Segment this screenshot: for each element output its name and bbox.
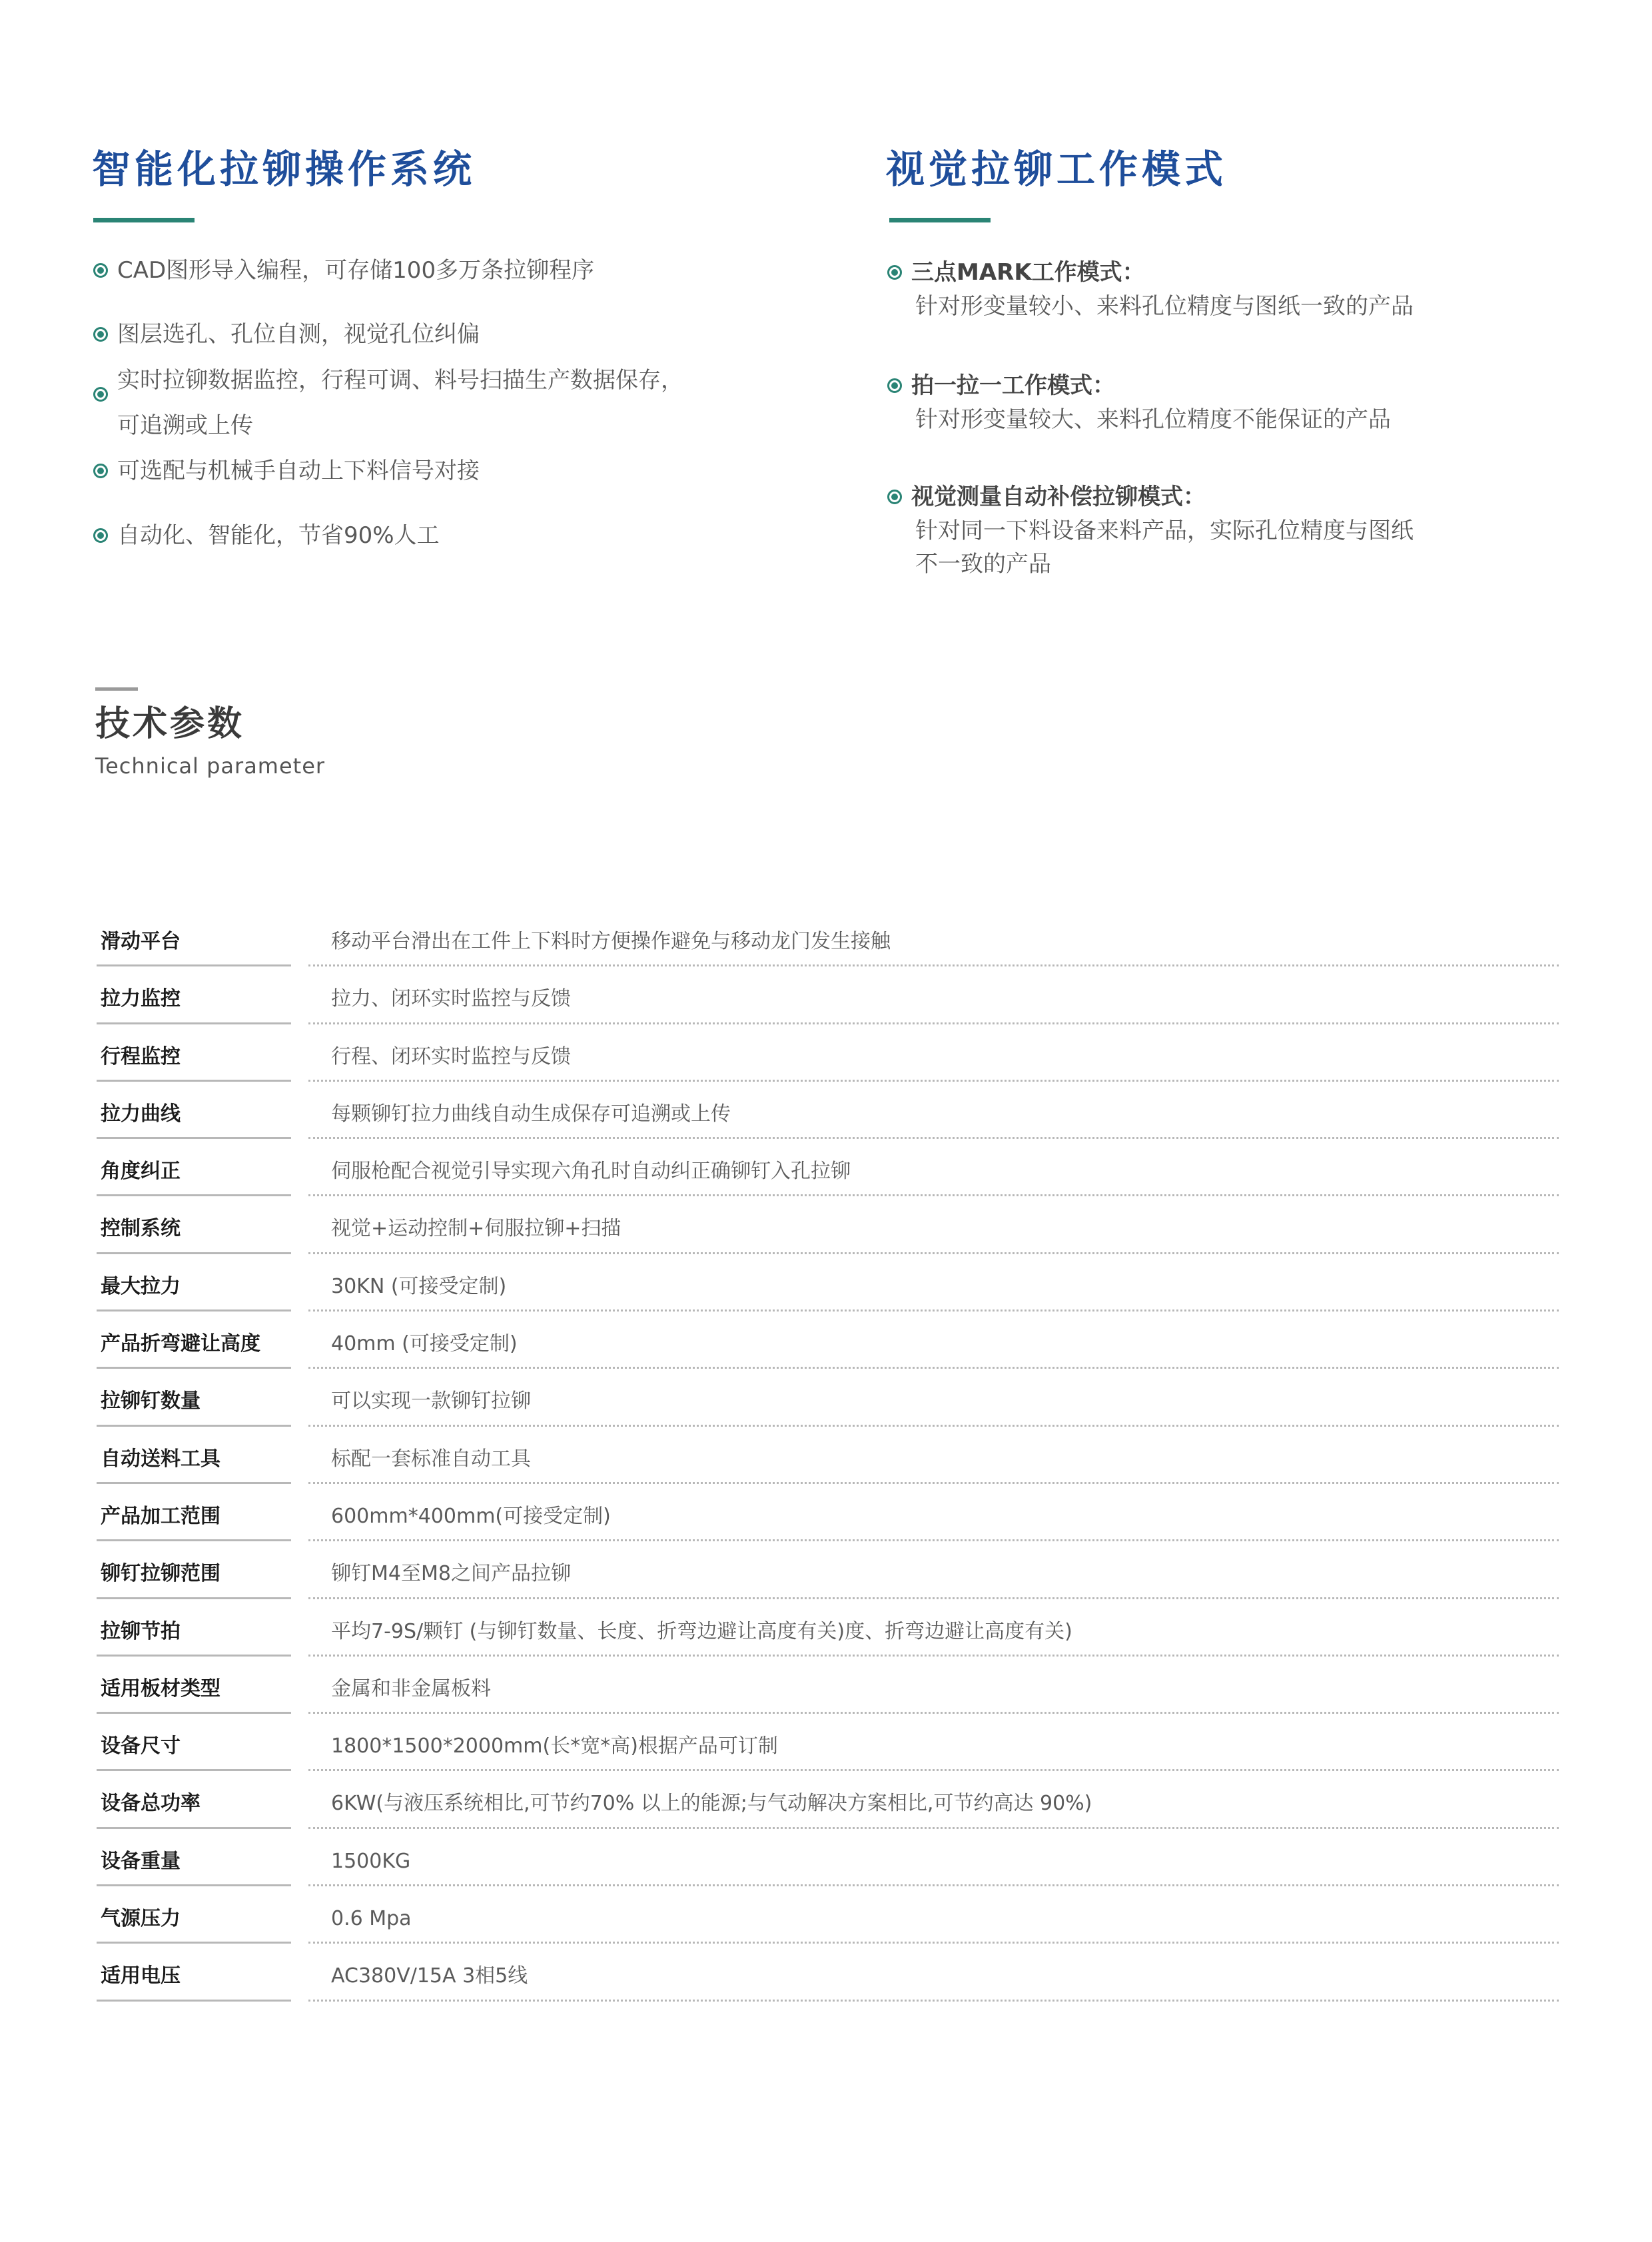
feature-text: 实时拉铆数据监控，行程可调、料号扫描生产数据保存， (117, 358, 683, 403)
mode-description: 针对同一下料设备来料产品，实际孔位精度与图纸 (887, 514, 1553, 548)
param-value: 6KW(与液压系统相比,可节约70% 以上的能源;与气动解决方案相比,可节约高达… (331, 1789, 1092, 1818)
section-title-intelligent-system: 智能化拉铆操作系统 (92, 145, 476, 193)
param-value: 平均7-9S/颗钉 (与铆钉数量、长度、折弯边避让高度有关)度、折弯边避让高度有… (331, 1617, 1072, 1647)
table-row: 设备总功率6KW(与液压系统相比,可节约70% 以上的能源;与气动解决方案相比,… (97, 1774, 1559, 1832)
mode-description-continued: 不一致的产品 (887, 548, 1553, 581)
param-label: 产品加工范围 (101, 1502, 220, 1531)
param-label: 气源压力 (101, 1904, 181, 1934)
label-divider (97, 1080, 291, 1082)
param-label: 设备总功率 (101, 1789, 201, 1818)
param-label: 自动送料工具 (101, 1445, 220, 1474)
feature-bullet: CAD图形导入编程，可存储100多万条拉铆程序 (93, 248, 594, 293)
param-label: 拉力监控 (101, 984, 181, 1014)
value-divider (308, 2000, 1559, 2002)
param-value: 拉力、闭环实时监控与反馈 (331, 984, 571, 1014)
param-value: 每颗铆钉拉力曲线自动生成保存可追溯或上传 (331, 1100, 731, 1129)
value-divider (308, 1425, 1559, 1427)
label-divider (97, 1827, 291, 1829)
label-divider (97, 1769, 291, 1771)
radio-bullet-icon (93, 387, 108, 402)
feature-text: 可选配与机械手自动上下料信号对接 (117, 448, 480, 494)
radio-bullet-icon (93, 263, 108, 278)
param-label: 设备尺寸 (101, 1732, 181, 1761)
table-row: 适用板材类型金属和非金属板料 (97, 1660, 1559, 1717)
param-value: 600mm*400mm(可接受定制) (331, 1502, 611, 1531)
value-divider (308, 1367, 1559, 1369)
feature-bullet: 可选配与机械手自动上下料信号对接 (93, 448, 480, 494)
value-divider (308, 1942, 1559, 1944)
radio-bullet-icon (93, 528, 108, 543)
label-divider (97, 1252, 291, 1254)
radio-bullet-icon (93, 327, 108, 342)
radio-bullet-icon (887, 378, 902, 393)
radio-bullet-icon (93, 464, 108, 478)
param-value: 金属和非金属板料 (331, 1675, 491, 1704)
mode-item: 拍一拉一工作模式： 针对形变量较大、来料孔位精度不能保证的产品 (887, 368, 1553, 436)
value-divider (308, 1539, 1559, 1541)
param-label: 控制系统 (101, 1214, 181, 1244)
table-row: 设备尺寸1800*1500*2000mm(长*宽*高)根据产品可订制 (97, 1717, 1559, 1774)
feature-text: 自动化、智能化，节省90%人工 (117, 513, 440, 558)
param-label: 行程监控 (101, 1042, 181, 1072)
param-label: 设备重量 (101, 1847, 181, 1876)
table-row: 拉铆节拍平均7-9S/颗钉 (与铆钉数量、长度、折弯边避让高度有关)度、折弯边避… (97, 1603, 1559, 1660)
tech-params-subtitle: Technical parameter (95, 751, 325, 781)
param-label: 适用板材类型 (101, 1675, 220, 1704)
param-label: 拉铆钉数量 (101, 1387, 201, 1416)
tech-params-table: 滑动平台移动平台滑出在工件上下料时方便操作避免与移动龙门发生接触 拉力监控拉力、… (97, 913, 1559, 2005)
param-label: 最大拉力 (101, 1272, 181, 1302)
radio-bullet-icon (887, 265, 902, 280)
param-value: 视觉+运动控制+伺服拉铆+扫描 (331, 1214, 621, 1244)
value-divider (308, 1712, 1559, 1714)
value-divider (308, 1022, 1559, 1024)
table-row: 拉力监控拉力、闭环实时监控与反馈 (97, 970, 1559, 1027)
table-row: 滑动平台移动平台滑出在工件上下料时方便操作避免与移动龙门发生接触 (97, 913, 1559, 970)
value-divider (308, 1252, 1559, 1254)
param-value: 0.6 Mpa (331, 1904, 412, 1934)
param-label: 铆钉拉铆范围 (101, 1559, 220, 1589)
table-row: 适用电压AC380V/15A 3相5线 (97, 1947, 1559, 2004)
param-value: 标配一套标准自动工具 (331, 1445, 531, 1474)
table-row: 设备重量1500KG (97, 1832, 1559, 1890)
label-divider (97, 1482, 291, 1484)
param-label: 拉铆节拍 (101, 1617, 181, 1647)
table-row: 产品加工范围600mm*400mm(可接受定制) (97, 1487, 1559, 1545)
param-value: 40mm (可接受定制) (331, 1329, 518, 1359)
label-divider (97, 1712, 291, 1714)
value-divider (308, 1309, 1559, 1311)
feature-text-continued: 可追溯或上传 (117, 403, 683, 448)
table-row: 气源压力0.6 Mpa (97, 1890, 1559, 1947)
param-value: AC380V/15A 3相5线 (331, 1962, 528, 1991)
param-value: 移动平台滑出在工件上下料时方便操作避免与移动龙门发生接触 (331, 927, 891, 956)
value-divider (308, 1884, 1559, 1886)
table-row: 产品折弯避让高度40mm (可接受定制) (97, 1315, 1559, 1372)
table-row: 最大拉力30KN (可接受定制) (97, 1258, 1559, 1315)
label-divider (97, 1425, 291, 1427)
table-row: 拉铆钉数量可以实现一款铆钉拉铆 (97, 1372, 1559, 1429)
mode-title: 拍一拉一工作模式： (911, 368, 1115, 403)
mode-description: 针对形变量较小、来料孔位精度与图纸一致的产品 (887, 290, 1553, 323)
param-value: 30KN (可接受定制) (331, 1272, 506, 1302)
feature-text: 图层选孔、孔位自测，视觉孔位纠偏 (117, 312, 480, 357)
param-label: 适用电压 (101, 1962, 181, 1991)
label-divider (97, 1942, 291, 1944)
param-value: 行程、闭环实时监控与反馈 (331, 1042, 571, 1072)
table-row: 控制系统视觉+运动控制+伺服拉铆+扫描 (97, 1200, 1559, 1257)
feature-bullet: 实时拉铆数据监控，行程可调、料号扫描生产数据保存， 可追溯或上传 (93, 358, 683, 448)
feature-bullet: 图层选孔、孔位自测，视觉孔位纠偏 (93, 312, 480, 357)
label-divider (97, 1137, 291, 1139)
tech-params-title: 技术参数 (95, 701, 244, 747)
section-title-underline (889, 218, 991, 222)
value-divider (308, 1655, 1559, 1657)
mode-title: 视觉测量自动补偿拉铆模式： (911, 480, 1206, 514)
label-divider (97, 1309, 291, 1311)
label-divider (97, 1022, 291, 1024)
param-label: 角度纠正 (101, 1157, 181, 1186)
mode-description: 针对形变量较大、来料孔位精度不能保证的产品 (887, 403, 1553, 436)
value-divider (308, 1597, 1559, 1599)
feature-text: CAD图形导入编程，可存储100多万条拉铆程序 (117, 248, 594, 293)
param-value: 伺服枪配合视觉引导实现六角孔时自动纠正确铆钉入孔拉铆 (331, 1157, 851, 1186)
mode-item: 视觉测量自动补偿拉铆模式： 针对同一下料设备来料产品，实际孔位精度与图纸 不一致… (887, 480, 1553, 581)
table-row: 拉力曲线每颗铆钉拉力曲线自动生成保存可追溯或上传 (97, 1085, 1559, 1142)
value-divider (308, 1080, 1559, 1082)
table-row: 自动送料工具标配一套标准自动工具 (97, 1430, 1559, 1487)
mode-title: 三点MARK工作模式： (911, 255, 1145, 290)
table-row: 行程监控行程、闭环实时监控与反馈 (97, 1028, 1559, 1085)
feature-bullet: 自动化、智能化，节省90%人工 (93, 513, 440, 558)
param-value: 1500KG (331, 1847, 410, 1876)
mode-item: 三点MARK工作模式： 针对形变量较小、来料孔位精度与图纸一致的产品 (887, 255, 1553, 323)
label-divider (97, 1367, 291, 1369)
param-value: 1800*1500*2000mm(长*宽*高)根据产品可订制 (331, 1732, 778, 1761)
label-divider (97, 964, 291, 966)
label-divider (97, 1884, 291, 1886)
param-value: 可以实现一款铆钉拉铆 (331, 1387, 531, 1416)
table-row: 铆钉拉铆范围铆钉M4至M8之间产品拉铆 (97, 1545, 1559, 1602)
label-divider (97, 1194, 291, 1196)
value-divider (308, 1194, 1559, 1196)
value-divider (308, 1827, 1559, 1829)
param-value: 铆钉M4至M8之间产品拉铆 (331, 1559, 571, 1589)
label-divider (97, 1539, 291, 1541)
radio-bullet-icon (887, 490, 902, 504)
section-title-vision-modes: 视觉拉铆工作模式 (886, 145, 1227, 193)
param-label: 产品折弯避让高度 (101, 1329, 260, 1359)
param-label: 滑动平台 (101, 927, 181, 956)
label-divider (97, 1597, 291, 1599)
tech-heading-rule (95, 687, 138, 691)
param-label: 拉力曲线 (101, 1100, 181, 1129)
label-divider (97, 2000, 291, 2002)
value-divider (308, 964, 1559, 966)
label-divider (97, 1655, 291, 1657)
table-row: 角度纠正伺服枪配合视觉引导实现六角孔时自动纠正确铆钉入孔拉铆 (97, 1142, 1559, 1200)
section-title-underline (93, 218, 195, 222)
value-divider (308, 1482, 1559, 1484)
value-divider (308, 1137, 1559, 1139)
value-divider (308, 1769, 1559, 1771)
